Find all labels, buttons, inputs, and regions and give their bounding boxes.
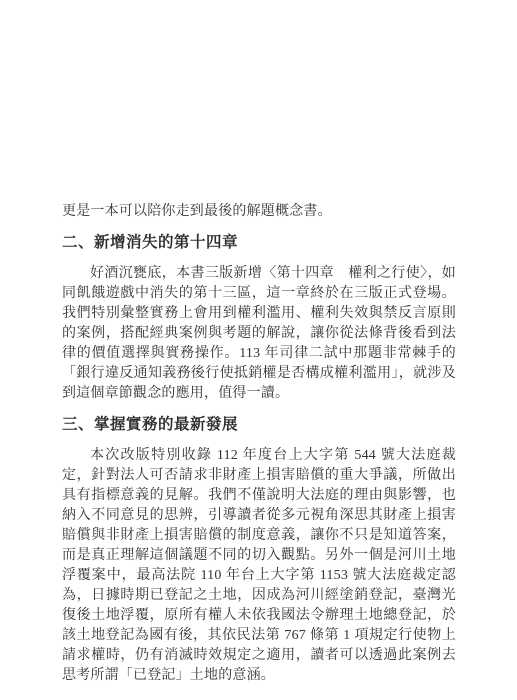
section-heading-new-chapter: 二、新增消失的第十四章 <box>62 232 456 254</box>
section-heading-latest-developments: 三、掌握實務的最新發展 <box>62 414 456 436</box>
paragraph-continuation: 更是一本可以陪你走到最後的解題概念書。 <box>62 202 456 222</box>
document-page: 更是一本可以陪你走到最後的解題概念書。 二、新增消失的第十四章 好酒沉甕底，本書… <box>0 0 517 700</box>
section-latest-developments-paragraph: 本次改版特別收錄 112 年度台上大字第 544 號大法庭裁定，針對法人可否請求… <box>62 446 456 686</box>
section-new-chapter-paragraph: 好酒沉甕底，本書三版新增〈第十四章 權利之行使〉，如同飢餓遊戲中消失的第十三區，… <box>62 264 456 404</box>
text-block: 更是一本可以陪你走到最後的解題概念書。 二、新增消失的第十四章 好酒沉甕底，本書… <box>62 202 456 686</box>
